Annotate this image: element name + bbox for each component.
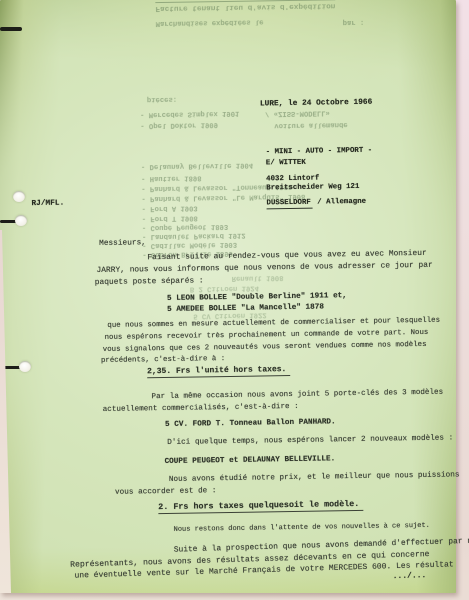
continuation-mark: .../... bbox=[393, 571, 427, 581]
letter-content: Facture tenant lieu d'avis d'expédition … bbox=[0, 0, 461, 595]
punch-hole bbox=[13, 191, 25, 202]
fastener-mark bbox=[0, 27, 22, 31]
punch-hole bbox=[15, 215, 27, 226]
closing-paragraph: Suite à la prospection que nous avons de… bbox=[0, 0, 461, 596]
photo-background: Facture tenant lieu d'avis d'expédition … bbox=[0, 0, 469, 600]
letter-paper: Facture tenant lieu d'avis d'expédition … bbox=[0, 0, 456, 593]
punch-hole bbox=[19, 361, 31, 372]
